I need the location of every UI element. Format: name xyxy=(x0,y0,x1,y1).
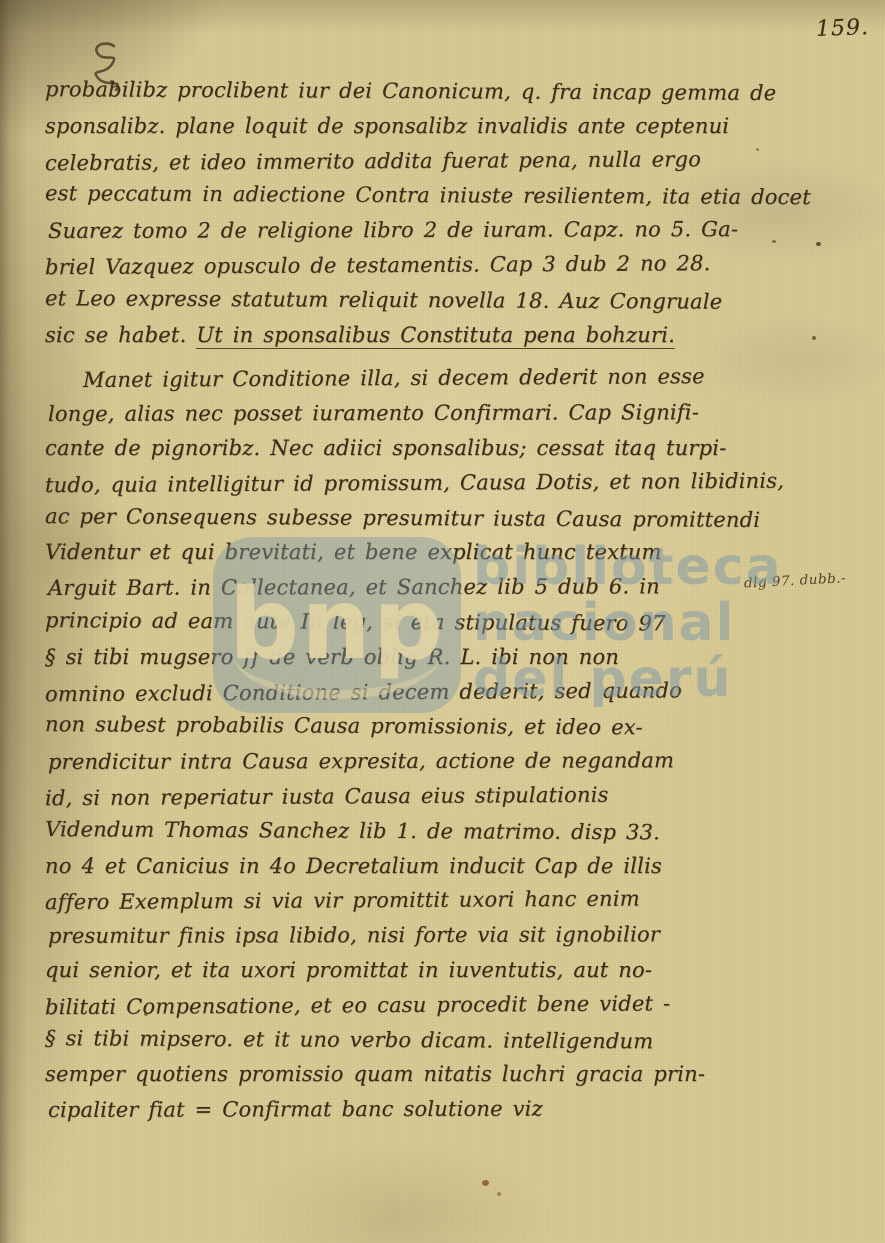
manuscript-line: prendicitur intra Causa expresita, actio… xyxy=(48,743,763,780)
manuscript-line: qui senior, et ita uxori promittat in iu… xyxy=(45,953,760,988)
manuscript-line: affero Exemplum si via vir promittit uxo… xyxy=(45,881,760,920)
manuscript-line: est peccatum in adiectione Contra iniust… xyxy=(45,177,760,216)
manuscript-line: Videndum Thomas Sanchez lib 1. de matrim… xyxy=(45,812,760,851)
manuscript-line: Videntur et qui brevitati, et bene expli… xyxy=(45,535,760,570)
manuscript-line: Suarez tomo 2 de religione libro 2 de iu… xyxy=(48,212,763,249)
manuscript-line: semper quotiens promissio quam nitatis l… xyxy=(45,1057,760,1092)
manuscript-line: cante de pignoribz. Nec adiici sponsalib… xyxy=(45,431,760,466)
ink-spot xyxy=(144,1012,148,1016)
manuscript-line: probabilibz proclibent iur dei Canonicum… xyxy=(45,72,760,111)
folio-number: 159. xyxy=(816,15,870,42)
ink-spot xyxy=(482,1180,489,1186)
ink-spot xyxy=(816,242,821,246)
ink-spot xyxy=(772,240,776,243)
margin-note: dlg 97. dubb.- xyxy=(744,568,881,591)
manuscript-line: id, si non reperiatur iusta Causa eius s… xyxy=(45,777,760,816)
manuscript-line: sic se habet. Ut in sponsalibus Constitu… xyxy=(45,318,760,353)
manuscript-line: celebratis, et ideo immerito addita fuer… xyxy=(45,141,760,180)
manuscript-line: ac per Consequens subesse presumitur ius… xyxy=(45,499,760,538)
manuscript-line: presumitur finis ipsa libido, nisi forte… xyxy=(48,917,763,954)
manuscript-line: § si tibi mugsero ff de verb oblig R. L.… xyxy=(45,640,760,675)
manuscript-line: bilitati Compensatione, et eo casu proce… xyxy=(45,986,760,1025)
ink-spot xyxy=(497,1192,501,1196)
manuscript-line: principio ad eam aute In leg, si eta sti… xyxy=(45,603,760,642)
manuscript-line: omnino excludi Conditione si decem deder… xyxy=(45,672,760,711)
manuscript-line: § si tibi mipsero. et it uno verbo dicam… xyxy=(45,1021,760,1060)
manuscript-line: sponsalibz. plane loquit de sponsalibz i… xyxy=(45,109,760,144)
manuscript-line: longe, alias nec posset iuramento Confir… xyxy=(48,395,763,432)
manuscript-line: non subest probabilis Causa promissionis… xyxy=(45,707,760,746)
manuscript-line: Manet igitur Conditione illa, si decem d… xyxy=(45,359,760,398)
manuscript-line: no 4 et Canicius in 4o Decretalium induc… xyxy=(45,849,760,884)
manuscript-line: et Leo expresse statutum reliquit novell… xyxy=(45,281,760,320)
manuscript-line: tudo, quia intelligitur id promissum, Ca… xyxy=(45,464,760,503)
manuscript-text: probabilibz proclibent iur dei Canonicum… xyxy=(45,74,760,1127)
manuscript-line: cipaliter fiat = Confirmat banc solution… xyxy=(48,1091,763,1128)
ink-spot xyxy=(812,336,816,340)
manuscript-line: Arguit Bart. in Collectanea, et Sanchez … xyxy=(48,569,763,606)
ink-spot xyxy=(756,148,759,151)
manuscript-page: 159. probabilibz proclibent iur dei Cano… xyxy=(0,0,885,1243)
manuscript-line: briel Vazquez opusculo de testamentis. C… xyxy=(45,246,760,285)
